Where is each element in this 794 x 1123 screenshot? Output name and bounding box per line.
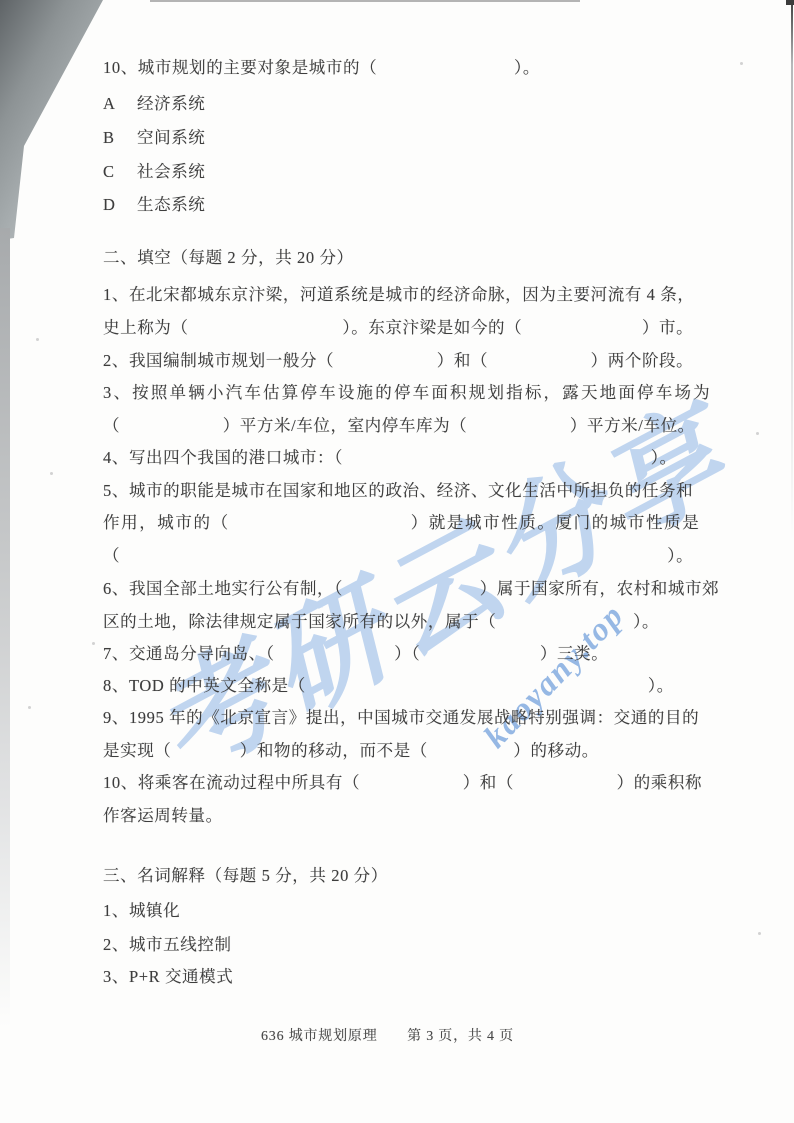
term-item: 1、城镇化 xyxy=(103,900,703,921)
scan-speck xyxy=(92,642,95,645)
option-row-b: B空间系统 xyxy=(103,127,703,148)
question-10-stem: 10、城市规划的主要对象是城市的（ ）。 xyxy=(103,57,703,78)
section-title-terms: 三、名词解释（每题 5 分，共 20 分） xyxy=(103,865,703,886)
fill-line: 4、写出四个我国的港口城市：（ ）。 xyxy=(103,447,703,468)
fill-line: 3、按照单辆小汽车估算停车设施的停车面积规划指标，露天地面停车场为 xyxy=(103,382,703,403)
scan-corner-fold xyxy=(0,0,110,245)
option-letter: D xyxy=(103,194,137,215)
fill-line: 区的土地，除法律规定属于国家所有的以外，属于（ ）。 xyxy=(103,611,703,632)
scan-speck xyxy=(28,706,31,709)
scan-top-edge xyxy=(150,0,580,2)
fill-line: 8、TOD 的中英文全称是（ ）。 xyxy=(103,675,703,696)
scan-speck xyxy=(50,472,53,475)
fill-line: 作客运周转量。 xyxy=(103,805,703,826)
fill-line: 5、城市的职能是城市在国家和地区的政治、经济、文化生活中所担负的任务和 xyxy=(103,480,703,501)
fill-line: 1、在北宋都城东京汴梁，河道系统是城市的经济命脉，因为主要河流有 4 条， xyxy=(103,284,703,305)
page-footer: 636 城市规划原理 第 3 页，共 4 页 xyxy=(261,1025,514,1045)
section-title-fill: 二、填空（每题 2 分，共 20 分） xyxy=(103,247,703,268)
option-row-c: C社会系统 xyxy=(103,161,703,182)
option-text: 空间系统 xyxy=(137,128,205,147)
scan-speck xyxy=(628,296,631,299)
scan-speck xyxy=(36,338,39,341)
term-item: 3、P+R 交通模式 xyxy=(103,966,703,987)
fill-line: 是实现（ ）和物的移动，而不是（ ）的移动。 xyxy=(103,740,703,761)
term-item: 2、城市五线控制 xyxy=(103,934,703,955)
option-letter: A xyxy=(103,93,137,114)
fill-line: 2、我国编制城市规划一般分（ ）和（ ）两个阶段。 xyxy=(103,350,703,371)
option-text: 社会系统 xyxy=(137,162,205,181)
scan-right-edge xyxy=(791,0,793,540)
fill-line: 7、交通岛分导向岛、（ ）（ ）三类。 xyxy=(103,643,703,664)
fill-line: 6、我国全部土地实行公有制，（ ）属于国家所有，农村和城市郊 xyxy=(103,578,703,599)
option-text: 生态系统 xyxy=(137,195,205,214)
scan-speck xyxy=(740,62,743,65)
fill-line: 9、1995 年的《北京宣言》提出，中国城市交通发展战略特别强调：交通的目的 xyxy=(103,707,703,728)
fill-line: 史上称为（ ）。东京汴梁是如今的（ ）市。 xyxy=(103,317,703,338)
option-row-a: A经济系统 xyxy=(103,93,703,114)
fill-line: （ ）。 xyxy=(103,545,703,566)
option-row-d: D生态系统 xyxy=(103,194,703,215)
scanned-exam-page: 考研云分享 kaoyany.top 10、城市规划的主要对象是城市的（ ）。 A… xyxy=(0,0,794,1123)
option-text: 经济系统 xyxy=(137,94,205,113)
scan-left-edge xyxy=(0,228,10,1028)
option-letter: B xyxy=(103,127,137,148)
scan-corner-mark xyxy=(786,0,794,5)
fill-line: 10、将乘客在流动过程中所具有（ ）和（ ）的乘积称 xyxy=(103,772,703,793)
scan-speck xyxy=(756,432,759,435)
option-letter: C xyxy=(103,161,137,182)
fill-line: （ ）平方米/车位，室内停车库为（ ）平方米/车位。 xyxy=(103,415,703,436)
fill-line: 作用，城市的（ ）就是城市性质。厦门的城市性质是 xyxy=(103,512,703,533)
scan-speck xyxy=(758,932,761,935)
